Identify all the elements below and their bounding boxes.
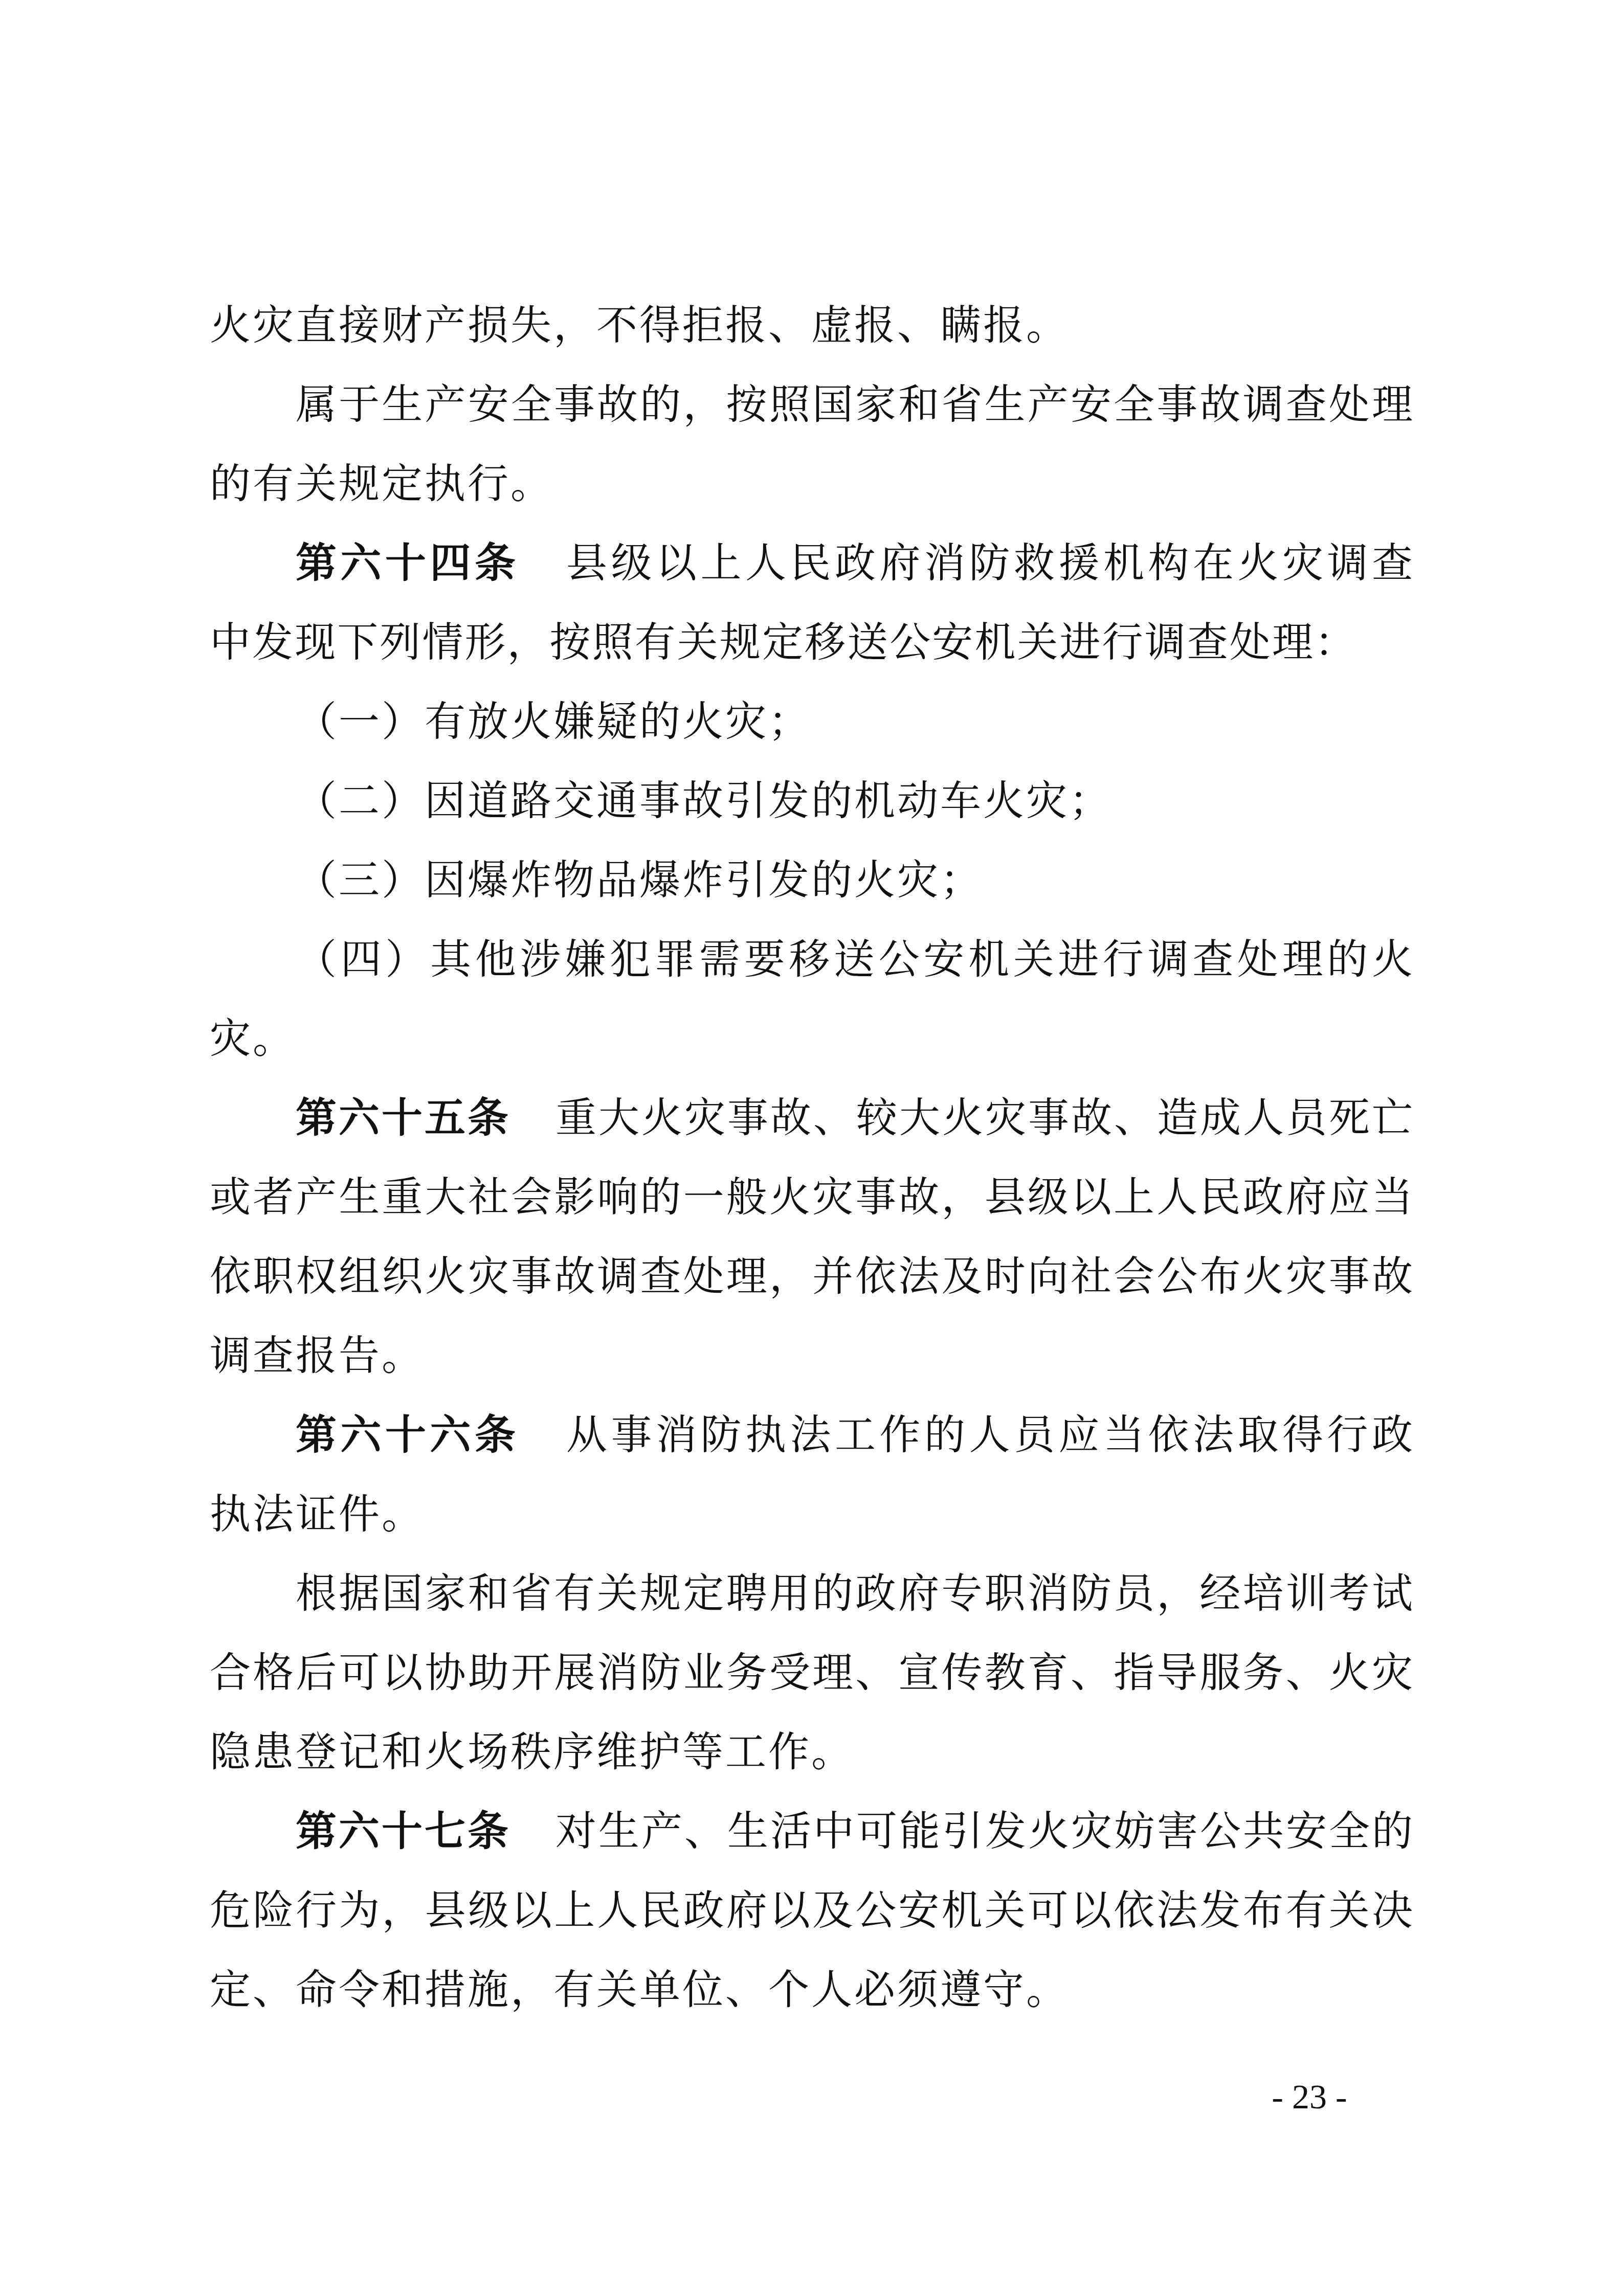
paragraph-line: 的有关规定执行。 — [210, 444, 1413, 523]
list-item: （一）有放火嫌疑的火灾； — [210, 682, 1413, 761]
paragraph-line: 或者产生重大社会影响的一般火灾事故，县级以上人民政府应当 — [210, 1157, 1413, 1236]
paragraph-line: 中发现下列情形，按照有关规定移送公安机关进行调查处理： — [210, 602, 1355, 682]
paragraph-line: 属于生产安全事故的，按照国家和省生产安全事故调查处理 — [210, 365, 1413, 444]
article-heading: 第六十六条 — [296, 1411, 520, 1458]
article-text: 对生产、生活中可能引发火灾妨害公共安全的 — [553, 1807, 1413, 1855]
article-66-line: 第六十六条从事消防执法工作的人员应当依法取得行政 — [210, 1395, 1413, 1474]
paragraph-line: 根据国家和省有关规定聘用的政府专职消防员，经培训考试 — [210, 1554, 1413, 1633]
paragraph-line: 隐患登记和火场秩序维护等工作。 — [210, 1712, 1413, 1791]
page-number: - 23 - — [1228, 2074, 1391, 2120]
article-text: 重大火灾事故、较大火灾事故、造成人员死亡 — [553, 1094, 1413, 1141]
article-65-line: 第六十五条重大火灾事故、较大火灾事故、造成人员死亡 — [210, 1078, 1413, 1157]
paragraph-line: 执法证件。 — [210, 1474, 1413, 1554]
list-item: （四）其他涉嫌犯罪需要移送公安机关进行调查处理的火 — [210, 919, 1413, 999]
paragraph-line: 火灾直接财产损失，不得拒报、虚报、瞒报。 — [210, 285, 1413, 365]
paragraph-line: 调查报告。 — [210, 1316, 1413, 1395]
article-64-line: 第六十四条县级以上人民政府消防救援机构在火灾调查 — [210, 523, 1413, 602]
paragraph-line: 合格后可以协助开展消防业务受理、宣传教育、指导服务、火灾 — [210, 1633, 1413, 1712]
article-text: 从事消防执法工作的人员应当依法取得行政 — [563, 1411, 1413, 1458]
paragraph-line: 依职权组织火灾事故调查处理，并依法及时向社会公布火灾事故 — [210, 1236, 1413, 1316]
paragraph-line: 危险行为，县级以上人民政府以及公安机关可以依法发布有关决 — [210, 1871, 1413, 1950]
list-item: （二）因道路交通事故引发的机动车火灾； — [210, 761, 1413, 840]
article-heading: 第六十七条 — [296, 1807, 510, 1855]
paragraph-line: 定、命令和措施，有关单位、个人必须遵守。 — [210, 1950, 1413, 2029]
paragraph-line: 灾。 — [210, 999, 1413, 1078]
list-item: （三）因爆炸物品爆炸引发的火灾； — [210, 840, 1413, 919]
article-67-line: 第六十七条对生产、生活中可能引发火灾妨害公共安全的 — [210, 1791, 1413, 1871]
document-page: 火灾直接财产损失，不得拒报、虚报、瞒报。 属于生产安全事故的，按照国家和省生产安… — [0, 0, 1624, 2296]
article-heading: 第六十五条 — [296, 1094, 510, 1141]
article-heading: 第六十四条 — [296, 539, 520, 587]
document-body: 火灾直接财产损失，不得拒报、虚报、瞒报。 属于生产安全事故的，按照国家和省生产安… — [210, 285, 1413, 2029]
article-text: 县级以上人民政府消防救援机构在火灾调查 — [563, 539, 1413, 587]
